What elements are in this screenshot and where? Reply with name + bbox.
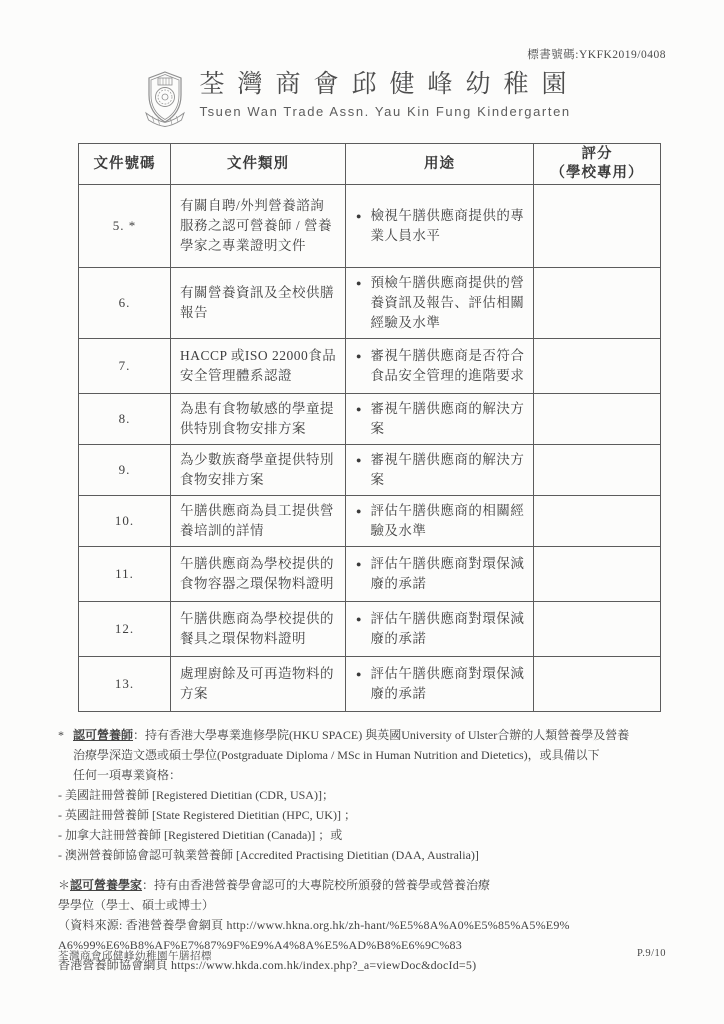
column-header-purpose: 用途: [346, 144, 534, 185]
bullet-icon: ●: [356, 450, 361, 470]
purpose-cell: ● 檢視午膳供應商提供的專業人員水平: [346, 185, 534, 268]
purpose-text: 審視午膳供應商是否符合食品安全管理的進階要求: [370, 346, 527, 386]
doc-type-cell: 處理廚餘及可再造物料的方案: [171, 657, 346, 712]
qualification-item: - 英國註冊營養師 [State Registered Dietitian (H…: [58, 805, 666, 825]
doc-type-cell: 午膳供應商為學校提供的餐具之環保物料證明: [171, 602, 346, 657]
purpose-cell: ● 評估午膳供應商的相關經驗及水準: [346, 496, 534, 547]
purpose-text: 審視午膳供應商的解決方案: [370, 399, 527, 439]
qualification-list: - 美國註冊營養師 [Registered Dietitian (CDR, US…: [58, 785, 666, 865]
table-body: 5. * 有關自聘/外判營養諮詢服務之認可營養師 / 營養學家之專業證明文件 ●…: [79, 185, 661, 712]
doc-code: 9.: [119, 462, 131, 477]
purpose-text: 預檢午膳供應商提供的營養資訊及報告、評估相關經驗及水準: [370, 273, 527, 333]
doc-code-cell: 12.: [79, 602, 171, 657]
school-name-en: Tsuen Wan Trade Assn. Yau Kin Fung Kinde…: [199, 104, 579, 120]
doc-type-text: 有關營養資訊及全校供膳報告: [180, 285, 334, 320]
score-cell: [534, 185, 661, 268]
doc-code-cell: 9.: [79, 445, 171, 496]
table-row: 13. 處理廚餘及可再造物料的方案 ● 評估午膳供應商對環保減廢的承諾: [79, 657, 661, 712]
doc-code-cell: 11.: [79, 547, 171, 602]
document-page: 標書號碼:YKFK2019/0408 荃灣商會邱健峰幼稚園 Tsuen Wa: [0, 0, 724, 1024]
doc-code: 12.: [115, 621, 134, 636]
score-cell: [534, 339, 661, 394]
doc-type-text: 為少數族裔學童提供特別食物安排方案: [180, 452, 334, 487]
purpose-text: 檢視午膳供應商提供的專業人員水平: [370, 206, 527, 246]
bullet-icon: ●: [356, 664, 361, 684]
doc-code: 6.: [119, 295, 131, 310]
doc-code: 11.: [115, 566, 134, 581]
score-cell: [534, 547, 661, 602]
doc-code-cell: 13.: [79, 657, 171, 712]
documents-table: 文件號碼 文件類別 用途 評分 （學校專用） 5. * 有關自聘/外判營養諮詢服…: [78, 143, 661, 712]
doc-code-cell: 8.: [79, 394, 171, 445]
purpose-text: 評估午膳供應商對環保減廢的承諾: [370, 664, 527, 704]
column-header-doc-code: 文件號碼: [79, 144, 171, 185]
footnote-body: ：持有香港大學專業進修學院(HKU SPACE) 與英國University o…: [73, 728, 629, 782]
doc-type-cell: HACCP 或ISO 22000食品安全管理體系認證: [171, 339, 346, 394]
bullet-icon: ●: [356, 273, 361, 293]
score-cell: [534, 602, 661, 657]
doc-type-text: 午膳供應商為學校提供的食物容器之環保物料證明: [180, 556, 334, 591]
purpose-cell: ● 評估午膳供應商對環保減廢的承諾: [346, 602, 534, 657]
table-row: 11. 午膳供應商為學校提供的食物容器之環保物料證明 ● 評估午膳供應商對環保減…: [79, 547, 661, 602]
table-row: 10. 午膳供應商為員工提供營養培訓的詳情 ● 評估午膳供應商的相關經驗及水準: [79, 496, 661, 547]
purpose-text: 評估午膳供應商的相關經驗及水準: [370, 501, 527, 541]
score-cell: [534, 496, 661, 547]
footnote-term: 認可營養師: [73, 728, 133, 742]
doc-code-cell: 5. *: [79, 185, 171, 268]
table-row: 9. 為少數族裔學童提供特別食物安排方案 ● 審視午膳供應商的解決方案: [79, 445, 661, 496]
purpose-cell: ● 審視午膳供應商是否符合食品安全管理的進階要求: [346, 339, 534, 394]
purpose-cell: ● 審視午膳供應商的解決方案: [346, 394, 534, 445]
school-crest-shield-icon: [144, 70, 186, 133]
table-row: 12. 午膳供應商為學校提供的餐具之環保物料證明 ● 評估午膳供應商對環保減廢的…: [79, 602, 661, 657]
column-header-score: 評分 （學校專用）: [534, 144, 661, 185]
doc-type-cell: 有關營養資訊及全校供膳報告: [171, 268, 346, 339]
footnote-term: 認可營養學家: [70, 878, 142, 892]
table-row: 7. HACCP 或ISO 22000食品安全管理體系認證 ● 審視午膳供應商是…: [79, 339, 661, 394]
score-cell: [534, 657, 661, 712]
school-name-zh: 荃灣商會邱健峰幼稚園: [199, 69, 579, 101]
source-line: （資料來源: 香港營養學會網頁 http://www.hkna.org.hk/z…: [58, 915, 666, 935]
qualification-item: - 美國註冊營養師 [Registered Dietitian (CDR, US…: [58, 785, 666, 805]
doc-code: 5. *: [113, 218, 137, 233]
bullet-icon: ●: [356, 609, 361, 629]
qualification-item: - 加拿大註冊營養師 [Registered Dietitian (Canada…: [58, 825, 666, 845]
doc-type-text: 午膳供應商為學校提供的餐具之環保物料證明: [180, 611, 334, 646]
purpose-cell: ● 預檢午膳供應商提供的營養資訊及報告、評估相關經驗及水準: [346, 268, 534, 339]
asterisk-marker: ＊: [58, 878, 70, 892]
bullet-icon: ●: [356, 399, 361, 419]
tender-number: 標書號碼:YKFK2019/0408: [58, 46, 666, 62]
bullet-icon: ●: [356, 554, 361, 574]
purpose-cell: ● 評估午膳供應商對環保減廢的承諾: [346, 657, 534, 712]
purpose-cell: ● 審視午膳供應商的解決方案: [346, 445, 534, 496]
footer-title: 荃灣商會邱健峰幼稚園午膳招標: [58, 948, 212, 963]
score-cell: [534, 445, 661, 496]
table-row: 6. 有關營養資訊及全校供膳報告 ● 預檢午膳供應商提供的營養資訊及報告、評估相…: [79, 268, 661, 339]
purpose-text: 評估午膳供應商對環保減廢的承諾: [370, 554, 527, 594]
page-footer: 荃灣商會邱健峰幼稚園午膳招標 P.9/10: [58, 948, 666, 963]
qualification-item: - 澳洲營養師協會認可執業營養師 [Accredited Practising …: [58, 845, 666, 865]
doc-code: 13.: [115, 676, 134, 691]
doc-code-cell: 6.: [79, 268, 171, 339]
doc-type-cell: 為患有食物敏感的學童提供特別食物安排方案: [171, 394, 346, 445]
score-cell: [534, 268, 661, 339]
doc-type-cell: 有關自聘/外判營養諮詢服務之認可營養師 / 營養學家之專業證明文件: [171, 185, 346, 268]
doc-type-cell: 為少數族裔學童提供特別食物安排方案: [171, 445, 346, 496]
table-header-row: 文件號碼 文件類別 用途 評分 （學校專用）: [79, 144, 661, 185]
doc-code-cell: 10.: [79, 496, 171, 547]
footnote-dietitian: *認可營養師：持有香港大學專業進修學院(HKU SPACE) 與英國Univer…: [58, 725, 666, 865]
doc-type-cell: 午膳供應商為員工提供營養培訓的詳情: [171, 496, 346, 547]
doc-code-cell: 7.: [79, 339, 171, 394]
table-row: 8. 為患有食物敏感的學童提供特別食物安排方案 ● 審視午膳供應商的解決方案: [79, 394, 661, 445]
purpose-text: 審視午膳供應商的解決方案: [370, 450, 527, 490]
doc-type-text: 午膳供應商為員工提供營養培訓的詳情: [180, 503, 334, 538]
bullet-icon: ●: [356, 206, 361, 226]
doc-code: 10.: [115, 513, 134, 528]
purpose-text: 評估午膳供應商對環保減廢的承諾: [370, 609, 527, 649]
column-header-doc-type: 文件類別: [171, 144, 346, 185]
asterisk-marker: *: [58, 725, 64, 745]
score-cell: [534, 394, 661, 445]
doc-code: 7.: [119, 358, 131, 373]
source-list: （資料來源: 香港營養學會網頁 http://www.hkna.org.hk/z…: [58, 915, 666, 975]
doc-type-text: HACCP 或ISO 22000食品安全管理體系認證: [180, 348, 336, 383]
doc-type-text: 有關自聘/外判營養諮詢服務之認可營養師 / 營養學家之專業證明文件: [180, 198, 332, 253]
bullet-icon: ●: [356, 346, 361, 366]
doc-type-text: 為患有食物敏感的學童提供特別食物安排方案: [180, 401, 334, 436]
table-row: 5. * 有關自聘/外判營養諮詢服務之認可營養師 / 營養學家之專業證明文件 ●…: [79, 185, 661, 268]
page-number: P.9/10: [637, 948, 666, 963]
bullet-icon: ●: [356, 501, 361, 521]
doc-code: 8.: [119, 411, 131, 426]
school-names: 荃灣商會邱健峰幼稚園 Tsuen Wan Trade Assn. Yau Kin…: [199, 69, 579, 120]
school-header: 荃灣商會邱健峰幼稚園 Tsuen Wan Trade Assn. Yau Kin…: [58, 69, 666, 133]
doc-type-text: 處理廚餘及可再造物料的方案: [180, 666, 334, 701]
doc-type-cell: 午膳供應商為學校提供的食物容器之環保物料證明: [171, 547, 346, 602]
purpose-cell: ● 評估午膳供應商對環保減廢的承諾: [346, 547, 534, 602]
